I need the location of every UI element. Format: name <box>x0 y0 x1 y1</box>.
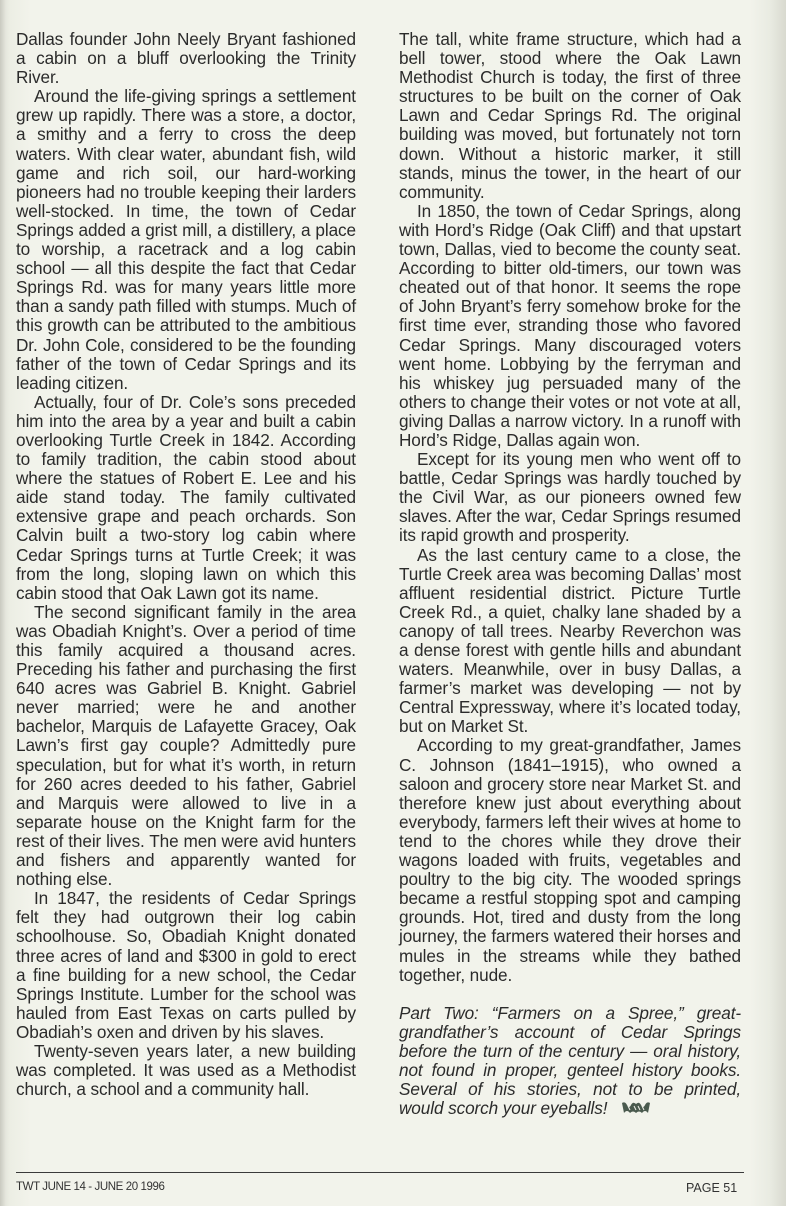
paragraph: In 1847, the residents of Cedar Springs … <box>16 889 356 1042</box>
paragraph: According to my great-grandfather, James… <box>399 736 741 984</box>
paragraph: The tall, white frame structure, which h… <box>399 30 741 202</box>
twt-logo-end-mark-icon <box>621 1100 651 1114</box>
article-column-left: Dallas founder John Neely Bryant fash­io… <box>16 30 356 1099</box>
paragraph: Dallas founder John Neely Bryant fash­io… <box>16 30 356 87</box>
magazine-page: Dallas founder John Neely Bryant fash­io… <box>0 0 786 1206</box>
next-part-teaser: Part Two: “Farmers on a Spree,” great-gr… <box>399 1004 741 1119</box>
footer-divider <box>16 1172 744 1173</box>
page-spine-shadow <box>0 0 6 1206</box>
paragraph: Twenty-seven years later, a new building… <box>16 1042 356 1099</box>
teaser-text: Part Two: “Farmers on a Spree,” great-gr… <box>399 1003 741 1118</box>
paragraph: In 1850, the town of Cedar Springs, alon… <box>399 202 741 450</box>
paragraph: Around the life-giving springs a settle­… <box>16 87 356 393</box>
page-number: PAGE 51 <box>686 1181 737 1195</box>
issue-date: TWT JUNE 14 - JUNE 20 1996 <box>16 1181 165 1193</box>
article-column-right: The tall, white frame structure, which h… <box>399 30 741 1118</box>
paragraph: As the last century came to a close, the… <box>399 546 741 737</box>
paragraph: Actually, four of Dr. Cole’s sons pre­ce… <box>16 393 356 603</box>
paragraph: The second significant family in the are… <box>16 603 356 889</box>
paragraph: Except for its young men who went off to… <box>399 450 741 545</box>
